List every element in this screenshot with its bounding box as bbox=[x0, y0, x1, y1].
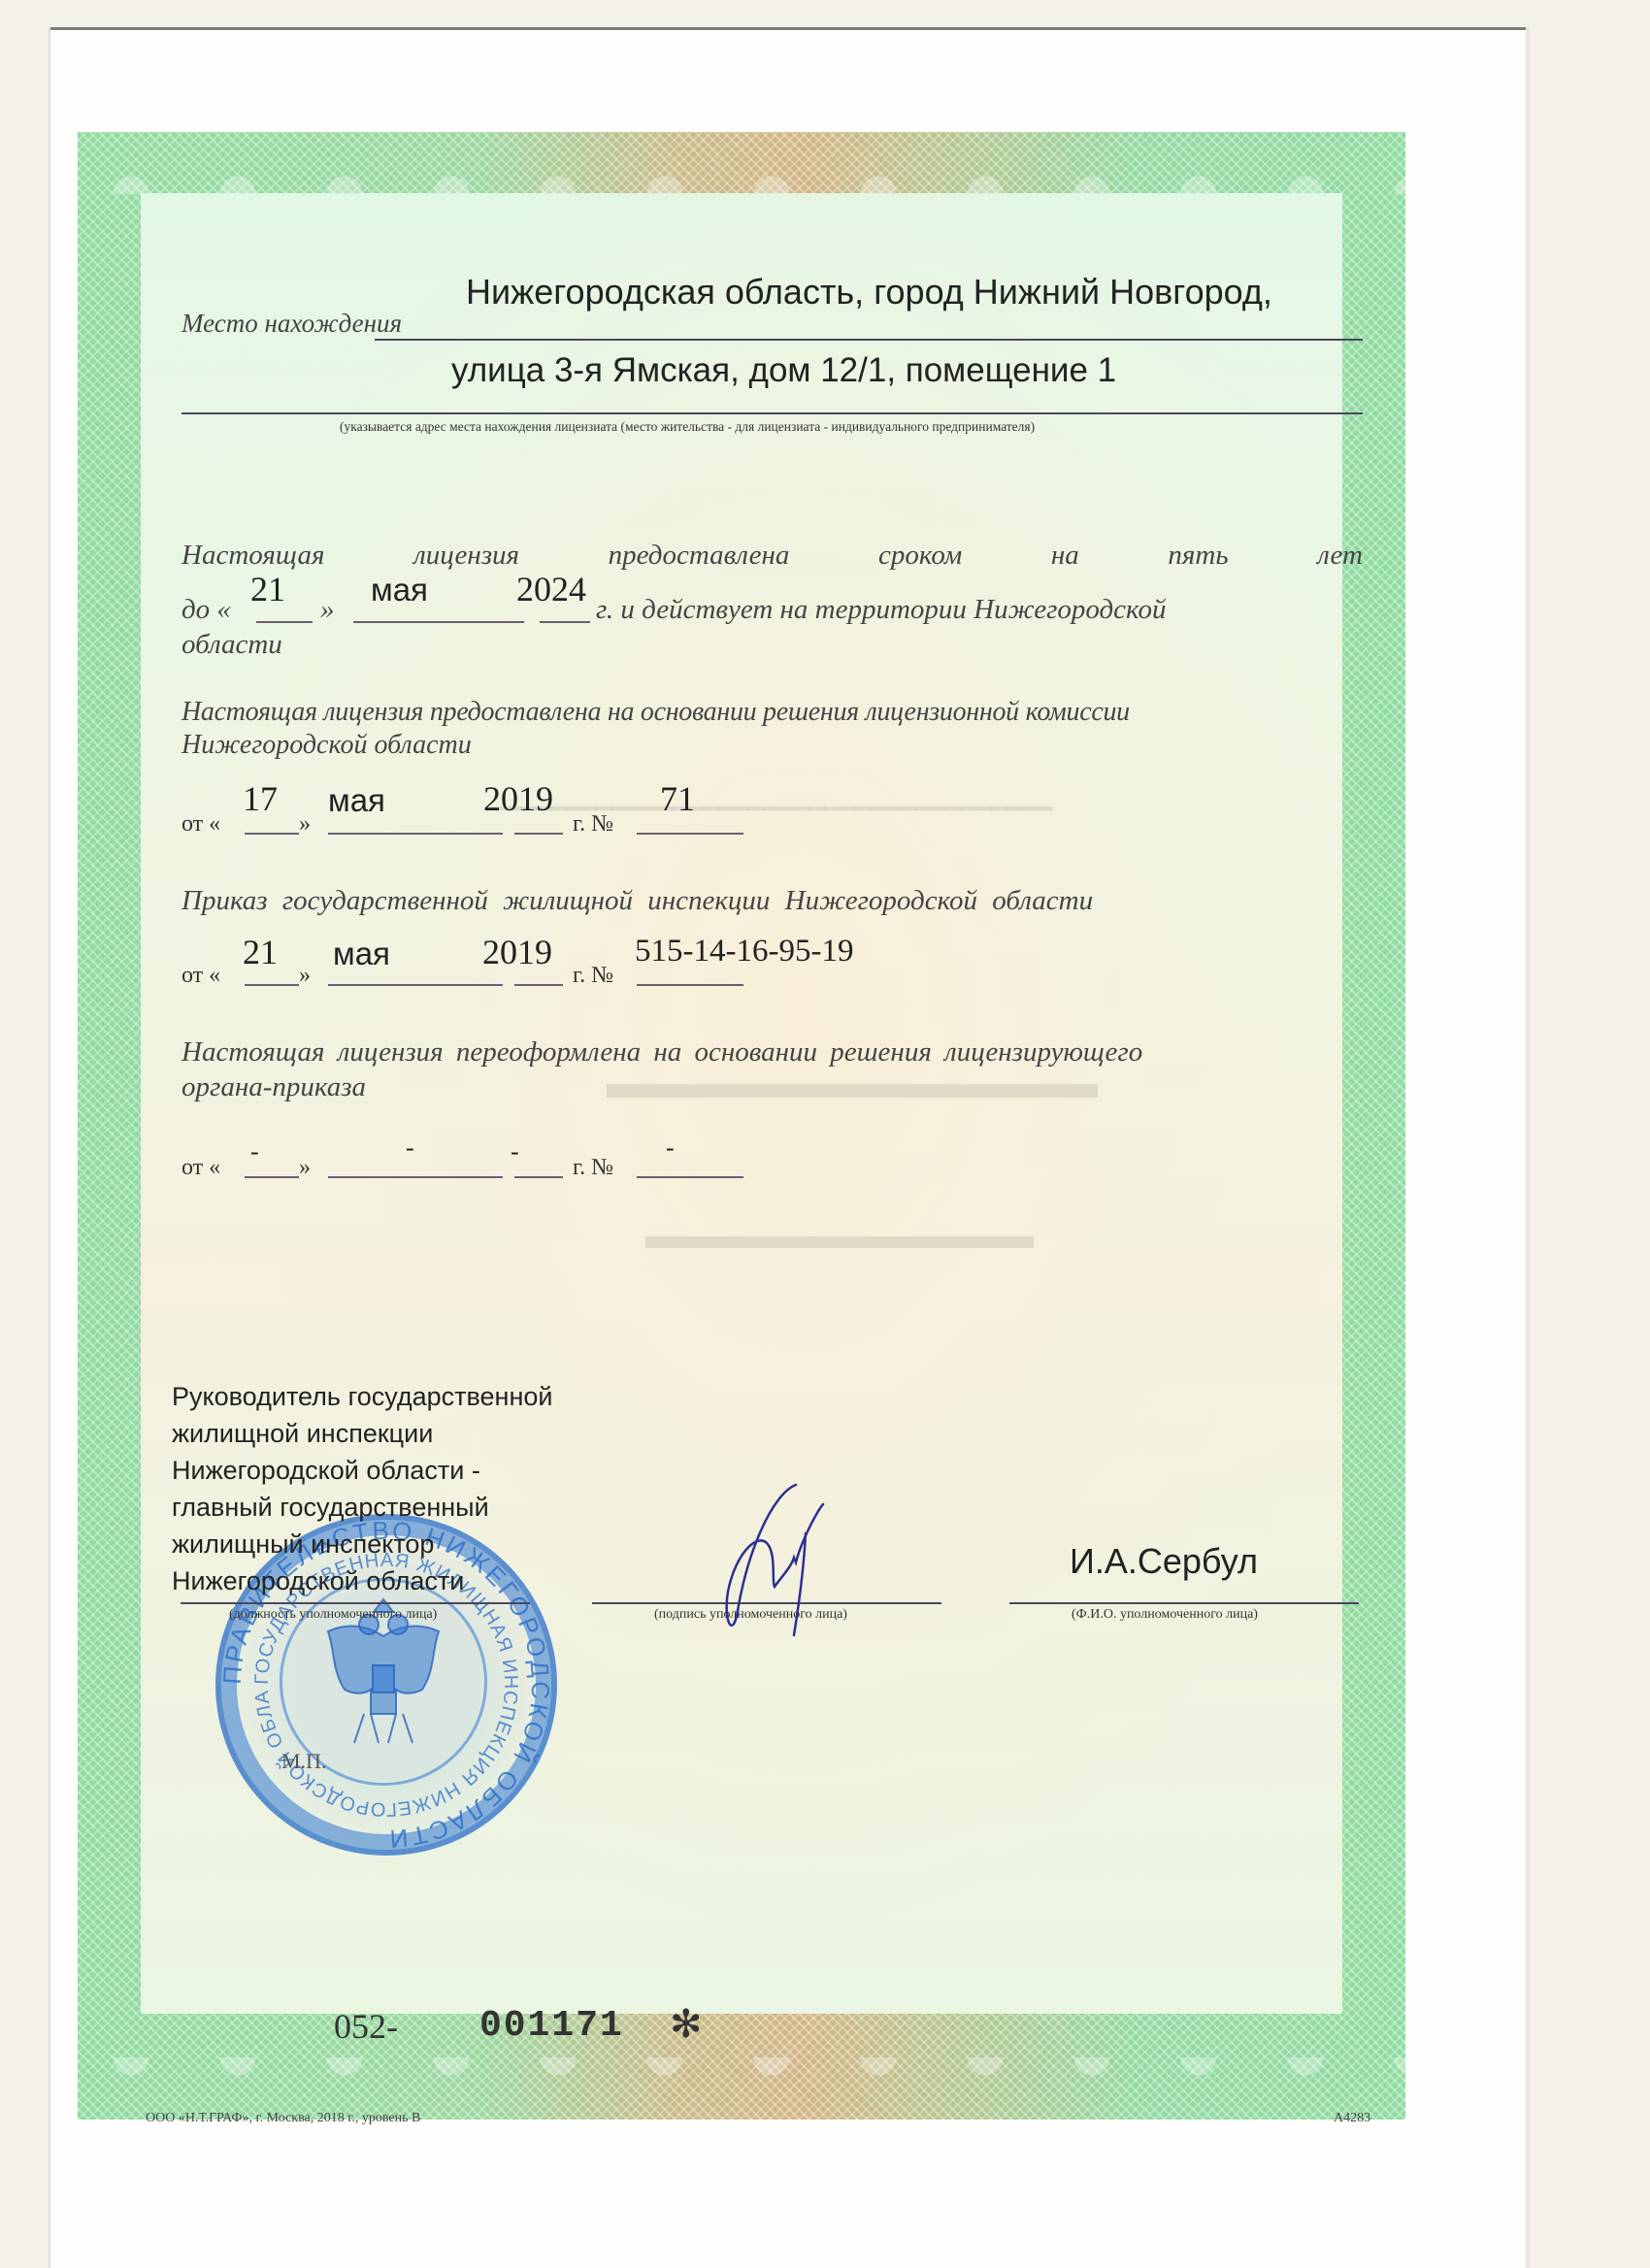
commission-text-line-2: Нижегородской области bbox=[181, 730, 472, 761]
reissue-month-line bbox=[328, 1176, 503, 1178]
quote-close: » bbox=[299, 963, 311, 989]
commission-number: 71 bbox=[660, 778, 695, 819]
quote-close: » bbox=[299, 1155, 311, 1181]
form-number: 001171 bbox=[479, 2005, 624, 2047]
commission-prefix: от « bbox=[181, 811, 220, 838]
reissue-number: - bbox=[666, 1134, 675, 1163]
asterisk-mark-icon: ✻ bbox=[670, 2001, 703, 2047]
quote-close: » bbox=[320, 594, 335, 626]
term-year-line bbox=[540, 621, 590, 623]
location-label: Место нахождения bbox=[181, 309, 402, 339]
location-underline-1 bbox=[375, 339, 1363, 341]
term-day-line bbox=[256, 621, 313, 623]
order-day-line bbox=[245, 984, 299, 986]
location-underline-2 bbox=[181, 412, 1363, 414]
reissue-month: - bbox=[406, 1134, 414, 1163]
name-caption: (Ф.И.О. уполномоченного лица) bbox=[1072, 1607, 1258, 1623]
term-text-line-1: Настоящая лицензия предоставлена сроком … bbox=[181, 540, 1363, 572]
reissue-year-line bbox=[514, 1176, 563, 1178]
signatory-name: И.А.Сербул bbox=[1070, 1541, 1258, 1582]
commission-day-line bbox=[245, 833, 299, 835]
form-series: 052- bbox=[334, 2006, 398, 2047]
order-prefix: от « bbox=[181, 963, 220, 989]
reissue-day: - bbox=[250, 1137, 259, 1167]
sheet-edge bbox=[1526, 27, 1530, 2268]
order-text-line-1: Приказ государственной жилищной инспекци… bbox=[181, 885, 1363, 917]
location-line-1: Нижегородская область, город Нижний Новг… bbox=[466, 272, 1272, 312]
order-month-line bbox=[328, 984, 503, 986]
reissue-prefix: от « bbox=[181, 1155, 220, 1181]
show-through-text: ▬▬▬▬▬▬▬▬▬▬ bbox=[645, 1212, 1034, 1258]
name-underline bbox=[1009, 1602, 1359, 1604]
commission-month: мая bbox=[328, 782, 385, 819]
term-text-line-3: области bbox=[181, 629, 282, 661]
order-year-suffix: г. № bbox=[573, 963, 613, 989]
term-month-line bbox=[353, 621, 524, 623]
reissue-text-line-1: Настоящая лицензия переоформлена на осно… bbox=[181, 1036, 1363, 1068]
term-prefix: до « bbox=[181, 594, 231, 626]
order-day: 21 bbox=[243, 932, 278, 972]
reissue-text-line-2: органа-приказа bbox=[181, 1071, 366, 1103]
commission-number-line bbox=[637, 833, 743, 835]
reissue-year: - bbox=[511, 1137, 519, 1167]
order-year-line bbox=[514, 984, 563, 986]
order-number: 515-14-16-95-19 bbox=[635, 934, 853, 970]
commission-year-suffix: г. № bbox=[573, 811, 613, 838]
term-year: 2024 bbox=[516, 569, 586, 609]
order-number-line bbox=[637, 984, 743, 986]
quote-close: » bbox=[299, 811, 311, 838]
location-caption: (указывается адрес места нахождения лице… bbox=[340, 419, 1035, 435]
position-caption: (должность уполномоченного лица) bbox=[229, 1607, 437, 1623]
reissue-day-line bbox=[245, 1176, 299, 1178]
commission-year-line bbox=[514, 833, 563, 835]
order-month: мая bbox=[333, 936, 390, 972]
commission-text-line-1: Настоящая лицензия предоставлена на осно… bbox=[181, 697, 1130, 728]
reissue-year-suffix: г. № bbox=[573, 1155, 613, 1181]
reissue-number-line bbox=[637, 1176, 743, 1178]
stamp-place-mark: М.П. bbox=[281, 1749, 326, 1774]
commission-year: 2019 bbox=[483, 778, 553, 819]
location-line-2: улица 3-я Ямская, дом 12/1, помещение 1 bbox=[451, 351, 1116, 390]
term-day: 21 bbox=[250, 569, 285, 609]
commission-month-line bbox=[328, 833, 503, 835]
printer-code: A4283 bbox=[1334, 2111, 1370, 2126]
order-year: 2019 bbox=[482, 932, 552, 972]
printer-imprint: ООО «Н.Т.ГРАФ», г. Москва, 2018 г., уров… bbox=[146, 2111, 420, 2126]
term-suffix: г. и действует на территории Нижегородск… bbox=[596, 594, 1167, 626]
commission-day: 17 bbox=[243, 778, 278, 819]
signatory-position: Руководитель государственной жилищной ин… bbox=[172, 1378, 599, 1599]
handwritten-signature bbox=[679, 1475, 854, 1650]
position-underline bbox=[181, 1602, 530, 1604]
term-month: мая bbox=[371, 572, 428, 608]
